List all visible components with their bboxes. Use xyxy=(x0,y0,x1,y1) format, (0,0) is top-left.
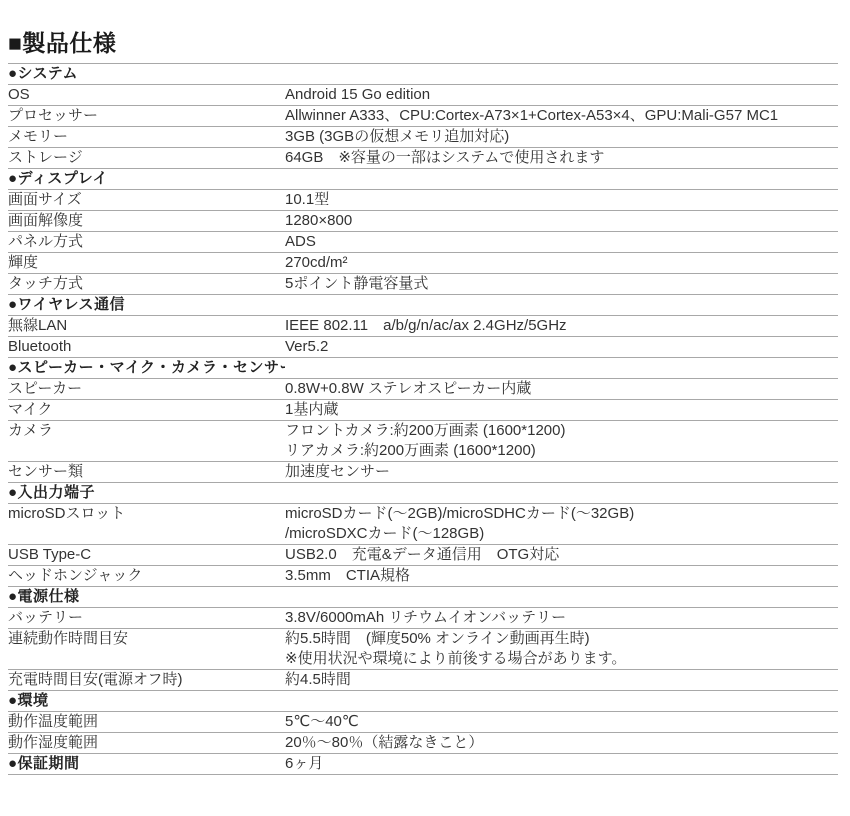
spec-value-line: 20％～80％（結露なきこと） xyxy=(285,733,838,753)
spec-table: ●システム OSAndroid 15 Go editionプロセッサーAllwi… xyxy=(8,63,838,775)
spec-label: 画面解像度 xyxy=(8,211,285,231)
spec-row: 画面サイズ10.1型 xyxy=(8,190,838,211)
spec-value xyxy=(285,358,838,378)
spec-label: Bluetooth xyxy=(8,337,285,357)
section-title: ●システム xyxy=(8,64,285,84)
spec-value-spacer xyxy=(285,169,838,189)
spec-value-line: 1基内蔵 xyxy=(285,400,838,420)
spec-value-spacer xyxy=(285,64,838,84)
spec-row: 無線LANIEEE 802.11 a/b/g/n/ac/ax 2.4GHz/5G… xyxy=(8,316,838,337)
spec-value-line: Allwinner A333、CPU:Cortex-A73×1+Cortex-A… xyxy=(285,106,838,126)
spec-label: プロセッサー xyxy=(8,106,285,126)
spec-label: カメラ xyxy=(8,421,285,441)
spec-value xyxy=(285,587,838,607)
section-header-row: ●電源仕様 xyxy=(8,587,838,608)
spec-value-line: 3.5mm CTIA規格 xyxy=(285,566,838,586)
spec-value-spacer xyxy=(285,295,838,315)
spec-value-spacer xyxy=(285,587,838,607)
spec-label: USB Type-C xyxy=(8,545,285,565)
spec-value: 3.5mm CTIA規格 xyxy=(285,566,838,586)
section-header-row: ●システム xyxy=(8,64,838,85)
spec-value-spacer xyxy=(285,691,838,711)
spec-label: 連続動作時間目安 xyxy=(8,629,285,649)
spec-label: パネル方式 xyxy=(8,232,285,252)
section-header-row: ●ディスプレイ xyxy=(8,169,838,190)
spec-value-line: Ver5.2 xyxy=(285,337,838,357)
spec-value-line: 64GB ※容量の一部はシステムで使用されます xyxy=(285,148,838,168)
spec-value: 3.8V/6000mAh リチウムイオンバッテリー xyxy=(285,608,838,628)
spec-value: 加速度センサー xyxy=(285,462,838,482)
spec-row: 動作温度範囲5℃～40℃ xyxy=(8,712,838,733)
spec-value xyxy=(285,483,838,503)
section-header-row: ●環境 xyxy=(8,691,838,712)
spec-value: 6ヶ月 xyxy=(285,754,838,774)
spec-row: マイク1基内蔵 xyxy=(8,400,838,421)
spec-row: microSDスロットmicroSDカード(～2GB)/microSDHCカード… xyxy=(8,504,838,545)
spec-value: IEEE 802.11 a/b/g/n/ac/ax 2.4GHz/5GHz xyxy=(285,316,838,336)
section-header-row: ●入出力端子 xyxy=(8,483,838,504)
spec-value: 1基内蔵 xyxy=(285,400,838,420)
spec-value-line: microSDカード(～2GB)/microSDHCカード(～32GB) xyxy=(285,504,838,524)
section-title: ●スピーカー・マイク・カメラ・センサー類 xyxy=(8,358,285,378)
spec-label: マイク xyxy=(8,400,285,420)
spec-value-line: 10.1型 xyxy=(285,190,838,210)
spec-value: 1280×800 xyxy=(285,211,838,231)
spec-value-line: IEEE 802.11 a/b/g/n/ac/ax 2.4GHz/5GHz xyxy=(285,316,838,336)
spec-label: 無線LAN xyxy=(8,316,285,336)
spec-page: ■製品仕様 ●システム OSAndroid 15 Go editionプロセッサ… xyxy=(0,0,850,775)
section-header-row: ●保証期間6ヶ月 xyxy=(8,754,838,775)
spec-value-line: /microSDXCカード(～128GB) xyxy=(285,524,838,544)
spec-label: 輝度 xyxy=(8,253,285,273)
spec-value-line: 1280×800 xyxy=(285,211,838,231)
spec-label: ストレージ xyxy=(8,148,285,168)
spec-value: 約4.5時間 xyxy=(285,670,838,690)
spec-value xyxy=(285,64,838,84)
spec-row: センサー類加速度センサー xyxy=(8,462,838,483)
section-header-row: ●ワイヤレス通信 xyxy=(8,295,838,316)
spec-value xyxy=(285,295,838,315)
spec-row: 輝度270cd/m² xyxy=(8,253,838,274)
spec-label: 動作温度範囲 xyxy=(8,712,285,732)
spec-value-line: Android 15 Go edition xyxy=(285,85,838,105)
spec-row: スピーカー0.8W+0.8W ステレオスピーカー内蔵 xyxy=(8,379,838,400)
section-title: ●ワイヤレス通信 xyxy=(8,295,285,315)
spec-value: 約5.5時間 (輝度50% オンライン動画再生時)※使用状況や環境により前後する… xyxy=(285,629,838,669)
spec-value-line: フロントカメラ:約200万画素 (1600*1200) xyxy=(285,421,838,441)
spec-value: 3GB (3GBの仮想メモリ追加対応) xyxy=(285,127,838,147)
spec-row: 連続動作時間目安約5.5時間 (輝度50% オンライン動画再生時)※使用状況や環… xyxy=(8,629,838,670)
spec-value: Allwinner A333、CPU:Cortex-A73×1+Cortex-A… xyxy=(285,106,838,126)
spec-value-line: USB2.0 充電&データ通信用 OTG対応 xyxy=(285,545,838,565)
spec-label: 動作湿度範囲 xyxy=(8,733,285,753)
section-title: ●環境 xyxy=(8,691,285,711)
spec-value: 10.1型 xyxy=(285,190,838,210)
spec-label: OS xyxy=(8,85,285,105)
spec-value-spacer xyxy=(285,358,838,378)
spec-value: 5℃～40℃ xyxy=(285,712,838,732)
spec-label: バッテリー xyxy=(8,608,285,628)
spec-value: フロントカメラ:約200万画素 (1600*1200)リアカメラ:約200万画素… xyxy=(285,421,838,461)
spec-value-line: ※使用状況や環境により前後する場合があります。 xyxy=(285,649,838,669)
spec-value xyxy=(285,169,838,189)
spec-value-line: 加速度センサー xyxy=(285,462,838,482)
spec-value xyxy=(285,691,838,711)
spec-value-line: 270cd/m² xyxy=(285,253,838,273)
spec-value: 270cd/m² xyxy=(285,253,838,273)
spec-label: 充電時間目安(電源オフ時) xyxy=(8,670,285,690)
spec-value-line: 0.8W+0.8W ステレオスピーカー内蔵 xyxy=(285,379,838,399)
spec-row: OSAndroid 15 Go edition xyxy=(8,85,838,106)
spec-row: ヘッドホンジャック3.5mm CTIA規格 xyxy=(8,566,838,587)
spec-row: メモリー3GB (3GBの仮想メモリ追加対応) xyxy=(8,127,838,148)
section-header-row: ●スピーカー・マイク・カメラ・センサー類 xyxy=(8,358,838,379)
spec-value-line: ADS xyxy=(285,232,838,252)
spec-value-line: リアカメラ:約200万画素 (1600*1200) xyxy=(285,441,838,461)
page-title: ■製品仕様 xyxy=(8,30,842,57)
spec-row: BluetoothVer5.2 xyxy=(8,337,838,358)
spec-label: スピーカー xyxy=(8,379,285,399)
section-title: ●ディスプレイ xyxy=(8,169,285,189)
spec-row: 画面解像度1280×800 xyxy=(8,211,838,232)
section-title: ●保証期間 xyxy=(8,754,285,774)
spec-value-line: 約5.5時間 (輝度50% オンライン動画再生時) xyxy=(285,629,838,649)
spec-value-line: 3.8V/6000mAh リチウムイオンバッテリー xyxy=(285,608,838,628)
spec-row: タッチ方式5ポイント静電容量式 xyxy=(8,274,838,295)
spec-row: 動作湿度範囲20％～80％（結露なきこと） xyxy=(8,733,838,754)
spec-label: メモリー xyxy=(8,127,285,147)
spec-value-line: 6ヶ月 xyxy=(285,754,838,774)
spec-label: タッチ方式 xyxy=(8,274,285,294)
spec-row: 充電時間目安(電源オフ時)約4.5時間 xyxy=(8,670,838,691)
spec-value: 20％～80％（結露なきこと） xyxy=(285,733,838,753)
spec-row: カメラフロントカメラ:約200万画素 (1600*1200)リアカメラ:約200… xyxy=(8,421,838,462)
spec-label: microSDスロット xyxy=(8,504,285,524)
spec-value-line: 約4.5時間 xyxy=(285,670,838,690)
spec-value: microSDカード(～2GB)/microSDHCカード(～32GB)/mic… xyxy=(285,504,838,544)
section-title: ●入出力端子 xyxy=(8,483,285,503)
spec-value: Ver5.2 xyxy=(285,337,838,357)
spec-value: USB2.0 充電&データ通信用 OTG対応 xyxy=(285,545,838,565)
section-title: ●電源仕様 xyxy=(8,587,285,607)
spec-row: バッテリー3.8V/6000mAh リチウムイオンバッテリー xyxy=(8,608,838,629)
spec-value-spacer xyxy=(285,483,838,503)
spec-value: 0.8W+0.8W ステレオスピーカー内蔵 xyxy=(285,379,838,399)
spec-value-line: 5ポイント静電容量式 xyxy=(285,274,838,294)
spec-row: USB Type-CUSB2.0 充電&データ通信用 OTG対応 xyxy=(8,545,838,566)
spec-label: 画面サイズ xyxy=(8,190,285,210)
spec-value: 64GB ※容量の一部はシステムで使用されます xyxy=(285,148,838,168)
spec-row: プロセッサーAllwinner A333、CPU:Cortex-A73×1+Co… xyxy=(8,106,838,127)
spec-label: ヘッドホンジャック xyxy=(8,566,285,586)
spec-value-line: 5℃～40℃ xyxy=(285,712,838,732)
spec-label: センサー類 xyxy=(8,462,285,482)
spec-value: ADS xyxy=(285,232,838,252)
spec-row: ストレージ64GB ※容量の一部はシステムで使用されます xyxy=(8,148,838,169)
spec-value: Android 15 Go edition xyxy=(285,85,838,105)
spec-value: 5ポイント静電容量式 xyxy=(285,274,838,294)
spec-value-line: 3GB (3GBの仮想メモリ追加対応) xyxy=(285,127,838,147)
spec-row: パネル方式ADS xyxy=(8,232,838,253)
